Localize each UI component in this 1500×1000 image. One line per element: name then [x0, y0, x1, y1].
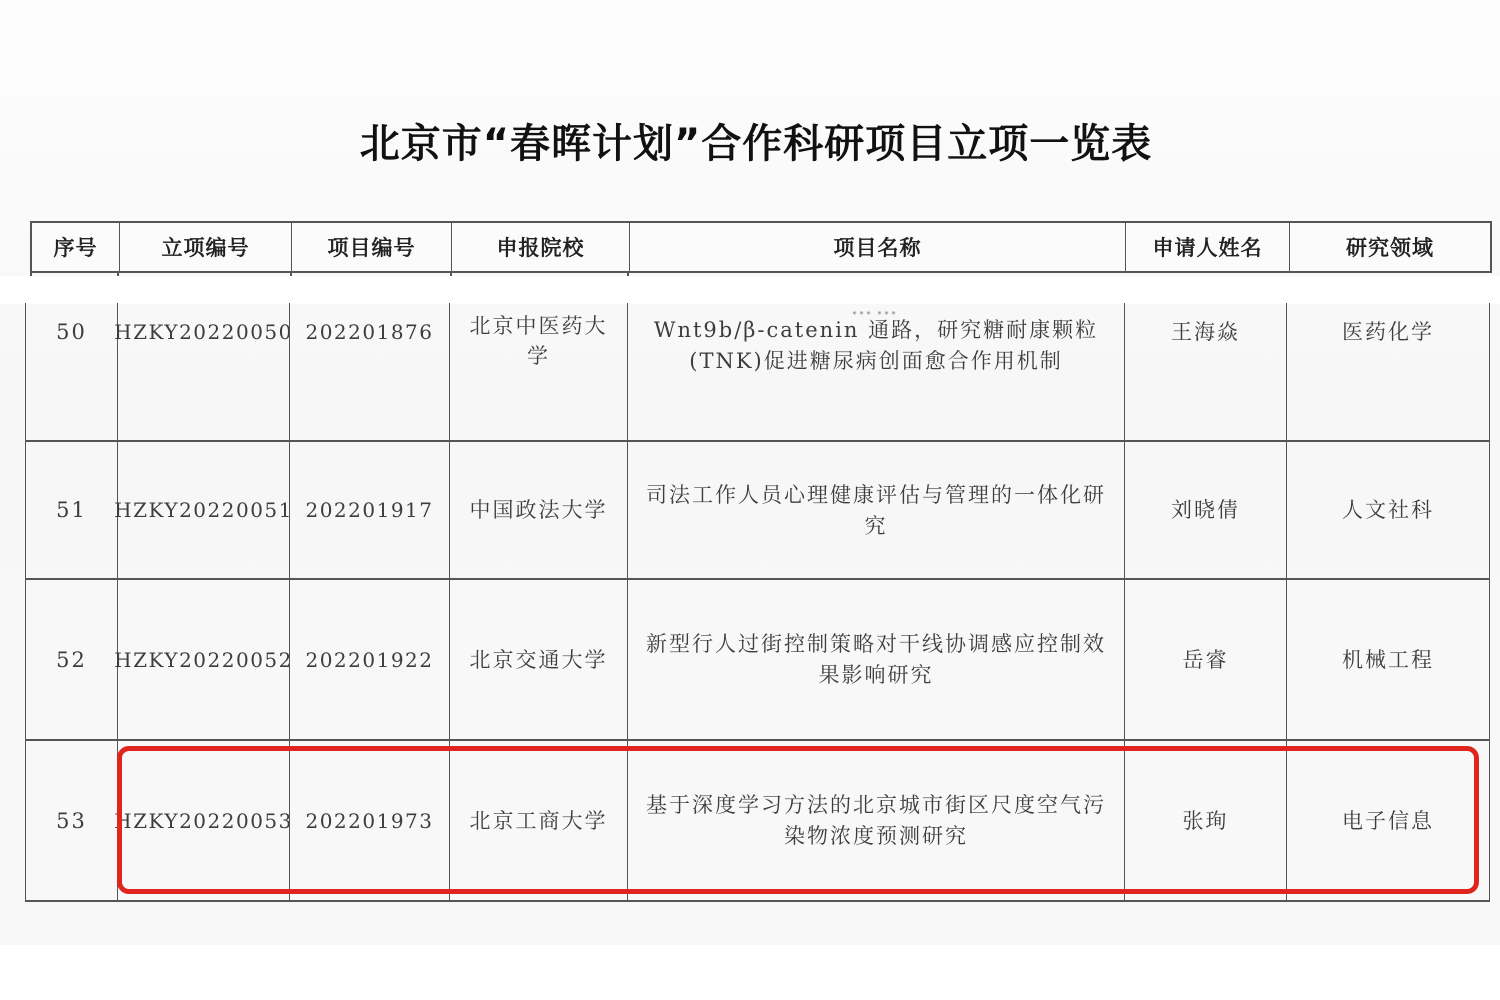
document-title: 北京市“春晖计划”合作科研项目立项一览表: [0, 112, 1500, 169]
header-field: 研究领域: [1290, 223, 1490, 271]
cell-applicant: 刘晓倩: [1124, 442, 1286, 579]
cell-applicant: 张珣: [1124, 741, 1286, 901]
cell-project-name: 司法工作人员心理健康评估与管理的一体化研究: [627, 442, 1124, 579]
cell-field: 医药化学: [1286, 303, 1490, 441]
cell-field: 机械工程: [1286, 580, 1490, 740]
cell-approval-no: HZKY20220051: [117, 442, 289, 579]
table-body: 50 HZKY20220050 202201876 北京中医药大学 …… Wnt…: [25, 303, 1490, 901]
page-gap: [0, 276, 1500, 304]
header-school: 申报院校: [452, 223, 630, 271]
table-row: 51 HZKY20220051 202201917 中国政法大学 司法工作人员心…: [25, 442, 1490, 579]
project-name-text: 新型行人过街控制策略对干线协调感应控制效果影响研究: [628, 629, 1124, 691]
table-header: 序号 立项编号 项目编号 申报院校 项目名称 申请人姓名 研究领域: [30, 221, 1492, 273]
cell-approval-no: HZKY20220052: [117, 580, 289, 740]
cell-approval-no: HZKY20220050: [117, 303, 289, 441]
header-applicant: 申请人姓名: [1126, 223, 1290, 271]
cell-school: 北京工商大学: [449, 741, 627, 901]
cell-field: 电子信息: [1286, 741, 1490, 901]
project-name-text: Wnt9b/β-catenin 通路，研究糖耐康颗粒(TNK)促进糖尿病创面愈合…: [628, 315, 1124, 377]
header-approval-no: 立项编号: [120, 223, 292, 271]
cell-project-no: 202201917: [289, 442, 449, 579]
cell-project-no: 202201922: [289, 580, 449, 740]
table-row: 52 HZKY20220052 202201922 北京交通大学 新型行人过街控…: [25, 580, 1490, 740]
cell-approval-no: HZKY20220053: [117, 741, 289, 901]
cell-seq: 53: [25, 741, 117, 901]
cell-seq: 51: [25, 442, 117, 579]
project-name-text: 司法工作人员心理健康评估与管理的一体化研究: [628, 480, 1124, 542]
clipped-text-line: ……: [628, 303, 1124, 315]
cell-project-name: 基于深度学习方法的北京城市街区尺度空气污染物浓度预测研究: [627, 741, 1124, 901]
cell-school: 北京交通大学: [449, 580, 627, 740]
cell-project-name: …… Wnt9b/β-catenin 通路，研究糖耐康颗粒(TNK)促进糖尿病创…: [627, 303, 1124, 441]
cell-project-name: 新型行人过街控制策略对干线协调感应控制效果影响研究: [627, 580, 1124, 740]
table-row: 50 HZKY20220050 202201876 北京中医药大学 …… Wnt…: [25, 303, 1490, 441]
header-seq: 序号: [32, 223, 120, 271]
cell-seq: 52: [25, 580, 117, 740]
header-project-no: 项目编号: [292, 223, 452, 271]
table-row-highlighted: 53 HZKY20220053 202201973 北京工商大学 基于深度学习方…: [25, 741, 1490, 901]
header-project-name: 项目名称: [630, 223, 1126, 271]
cell-school: 北京中医药大学: [449, 303, 627, 441]
cell-seq: 50: [25, 303, 117, 441]
project-name-text: 基于深度学习方法的北京城市街区尺度空气污染物浓度预测研究: [628, 790, 1124, 852]
cell-project-no: 202201973: [289, 741, 449, 901]
cell-applicant: 岳睿: [1124, 580, 1286, 740]
cell-field: 人文社科: [1286, 442, 1490, 579]
cell-school: 中国政法大学: [449, 442, 627, 579]
table-bottom-border: [25, 900, 1490, 902]
cell-project-no: 202201876: [289, 303, 449, 441]
cell-applicant: 王海焱: [1124, 303, 1286, 441]
